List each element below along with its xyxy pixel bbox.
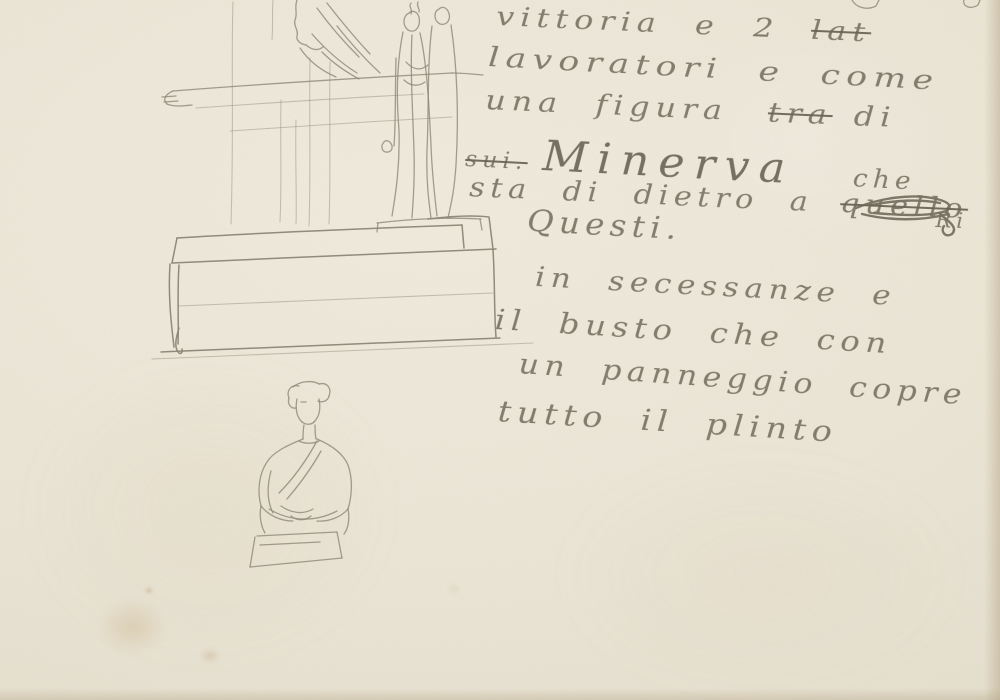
handwriting-text: di bbox=[853, 101, 897, 134]
monument-figure-group bbox=[162, 0, 483, 232]
struck-word: lat bbox=[810, 16, 871, 49]
bust-sketch bbox=[250, 382, 351, 567]
cut-off-strokes bbox=[852, 0, 980, 8]
monument-steps bbox=[161, 216, 500, 353]
page-edge-shadow-right bbox=[984, 0, 1000, 700]
handwriting-fragment: Ri bbox=[935, 208, 968, 233]
page-edge-shadow-bottom bbox=[0, 688, 1000, 700]
handwriting-text: Ri bbox=[935, 208, 968, 233]
struck-word: sui. bbox=[465, 147, 529, 175]
struck-word: tra bbox=[767, 97, 833, 131]
sketchbook-page: vittoria e 2lat lavoratori e come una fi… bbox=[0, 0, 1000, 700]
